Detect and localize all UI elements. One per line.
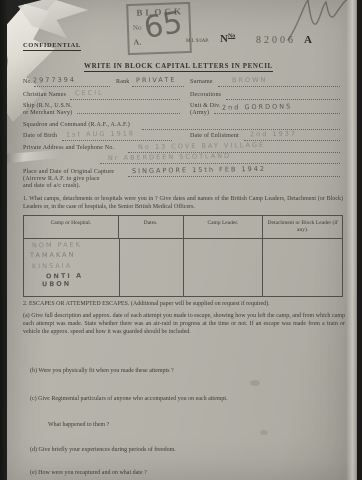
rank-label: Rank (116, 79, 129, 85)
private-address-label: Private Address and Telephone No. (23, 145, 114, 151)
unit-div-value: 2nd GORDONS (222, 102, 292, 111)
dates-cell (120, 239, 184, 296)
surname-label: Surname (190, 79, 213, 85)
form-reference-label: M.I. 9/JAP. (186, 39, 209, 44)
unit-div-label: Unit & Div. (190, 103, 221, 109)
confidential-marking: CONFIDENTIAL (23, 42, 81, 51)
photo-edge (357, 0, 362, 480)
pencil-scribble-mark (284, 0, 354, 44)
camps-table-header-row: Camp or Hospital. Dates. Camp Leader. De… (24, 216, 342, 239)
ship-label: Ship (R.N., U.S.N. (23, 103, 72, 109)
unit-div-label-line2: (Army) (190, 110, 209, 116)
section2-item-c: (c) Give Regimental particulars of anyon… (30, 396, 340, 404)
section2-item-b: (b) Were you physically fit when you mad… (30, 368, 330, 376)
camps-table-body-row: NOM PAEK TAMAKAN KINSAIA ONTI A UBON (24, 239, 342, 296)
service-number-value: 2977394 (33, 76, 76, 85)
stamp-no-word: No (133, 24, 142, 32)
form-instruction-heading: WRITE IN BLOCK CAPITAL LETTERS IN PENCIL (84, 62, 273, 72)
christian-names-label: Christian Names (23, 92, 66, 98)
date-of-enlistment-value: 2nd 1937 (250, 130, 297, 139)
col-camp-or-hospital: Camp or Hospital. (24, 216, 119, 238)
camp-entry: NOM PAEK (32, 241, 82, 250)
squadron-command-label: Squadron and Command (R.A.F., A.A.F.) (23, 122, 130, 128)
rank-value: PRIVATE (136, 76, 177, 85)
date-of-birth-label: Date of Birth (23, 133, 57, 139)
date-of-enlistment-label: Date of Enlistment (190, 133, 239, 139)
photo-edge (0, 0, 7, 480)
surname-value: BROWN (232, 76, 268, 85)
col-detachment-leader: Detachment or Block Leader (if any). (263, 216, 342, 238)
date-of-birth-value: 1st AUG 1918 (66, 129, 135, 138)
number-abbreviation: NNo (220, 33, 235, 45)
stamp-a-word: A. (133, 38, 141, 47)
section2-item-a: (a) Give full description and approx. da… (23, 313, 345, 336)
camps-table: Camp or Hospital. Dates. Camp Leader. De… (23, 215, 343, 297)
camp-entry: TAMAKAN (30, 251, 76, 260)
capture-label: Place and Date of Original Capture (23, 169, 114, 175)
christian-names-value: CECIL (75, 89, 104, 98)
handwritten-block-number: 65 (141, 5, 185, 46)
section2-item-c2: What happened to them ? (48, 422, 248, 430)
col-camp-leader: Camp Leader. (184, 216, 264, 238)
section2-title: 2. ESCAPES OR ATTEMPTED ESCAPES. (Additi… (23, 301, 345, 309)
camp-names-cell: NOM PAEK TAMAKAN KINSAIA ONTI A UBON (24, 239, 120, 296)
section2-item-d: (d) Give briefly your experiences during… (30, 447, 330, 455)
detachment-leader-cell (263, 239, 342, 296)
capture-sublabel-line1: (Aircrew R.A.F. to give place (23, 176, 100, 182)
service-number-label: No. (23, 79, 32, 85)
ship-label-line2: or Merchant Navy) (23, 110, 72, 116)
camp-entry: UBON (42, 280, 71, 289)
capture-sublabel-line2: and date of a/c crash). (23, 183, 80, 189)
col-dates: Dates. (119, 216, 184, 238)
scanned-pow-questionnaire: BLOCK No A. 65 M.I. 9/JAP. NNo 82006 A C… (0, 0, 362, 480)
section2-item-e: (e) How were you recaptured and on what … (30, 470, 330, 478)
decorations-label: Decorations (190, 92, 221, 98)
section1-question: 1. What camps, detachments or hospitals … (23, 196, 343, 212)
camp-entry: KINSAIA (32, 262, 72, 271)
no-superscript: No (228, 33, 235, 39)
camp-leader-cell (184, 239, 264, 296)
